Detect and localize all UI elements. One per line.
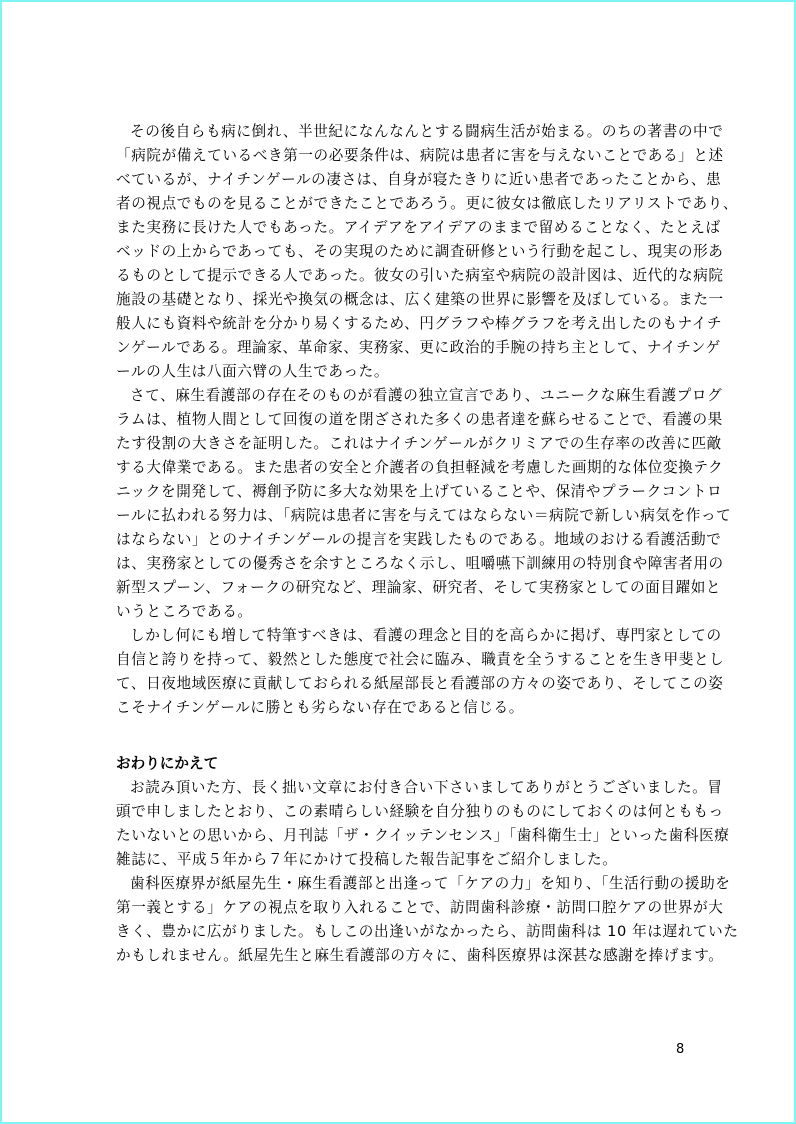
text-line: こそナイチンゲールに勝とも劣らない存在であると信じる。 [116,696,686,720]
text-line: 歯科医療界が紙屋先生・麻生看護部と出逢って「ケアの力」を知り、「生活行動の援助を [116,872,686,896]
text-line: 自信と誇りを持って、毅然とした態度で社会に臨み、職責を全うすることを生き甲斐とし [116,648,686,672]
text-line: 施設の基礎となり、採光や換気の概念は、広く建築の世界に影響を及ぼしている。また一 [116,288,686,312]
paragraph-conclusion: しかし何にも増して特筆すべきは、看護の理念と目的を高らかに掲げ、専門家としての … [116,624,686,720]
text-line: ベッドの上からであっても、その実現のために調査研修という行動を起こし、現実の形あ [116,240,686,264]
text-line: ールの人生は八面六臂の人生であった。 [116,360,686,384]
text-line: お読み頂いた方、長く拙い文章にお付き合い下さいましてありがとうございました。冒 [116,776,686,800]
text-line: しかし何にも増して特筆すべきは、看護の理念と目的を高らかに掲げ、専門家としての [116,624,686,648]
text-line: また実務に長けた人でもあった。アイデアをアイデアのままで留めることなく、たとえば [116,216,686,240]
text-line: ンゲールである。理論家、革命家、実務家、更に政治的手腕の持ち主として、ナイチンゲ [116,336,686,360]
text-line: 般人にも資料や統計を分かり易くするため、円グラフや棒グラフを考え出したのもナイチ [116,312,686,336]
document-page: その後自らも病に倒れ、半世紀になんなんとする闘病生活が始まる。のちの著書の中で … [0,0,796,1124]
text-line: たす役割の大きさを証明した。これはナイチンゲールがクリミアでの生存率の改善に匹敵 [116,432,686,456]
text-line: 頭で申しましたとおり、この素晴らしい経験を自分独りのものにしておくのは何とももっ [116,800,686,824]
text-line: は、実務家としての優秀さを余すところなく示し、咀嚼嚥下訓練用の特別食や障害者用の [116,552,686,576]
text-line: 新型スプーン、フォークの研究など、理論家、研究者、そして実務家としての面目躍如と [116,576,686,600]
section-heading: おわりにかえて [116,752,686,776]
text-line: るものとして提示できる人であった。彼女の引いた病室や病院の設計図は、近代的な病院 [116,264,686,288]
text-line: ラムは、植物人間として回復の道を閉ざされた多くの患者達を蘇らせることで、看護の果 [116,408,686,432]
paragraph-dental-care: 歯科医療界が紙屋先生・麻生看護部と出逢って「ケアの力」を知り、「生活行動の援助を… [116,872,686,968]
page-content: その後自らも病に倒れ、半世紀になんなんとする闘病生活が始まる。のちの著書の中で … [116,120,686,968]
text-line: きく、豊かに広がりました。もしこの出逢いがなかったら、訪問歯科は 10 年は遅れ… [116,920,686,944]
text-line: 第一義とする」ケアの視点を取り入れることで、訪問歯科診療・訪問口腔ケアの世界が大 [116,896,686,920]
text-line: て、日夜地域医療に貢献しておられる紙屋部長と看護部の方々の姿であり、そしてこの姿 [116,672,686,696]
text-line: さて、麻生看護部の存在そのものが看護の独立宣言であり、ユニークな麻生看護プログ [116,384,686,408]
text-line: いうところである。 [116,600,686,624]
text-line: ールに払われる努力は、「病院は患者に害を与えてはならない＝病院で新しい病気を作っ… [116,504,686,528]
text-line: 「病院が備えているべき第一の必要条件は、病院は患者に害を与えないことである」と述 [116,144,686,168]
text-line: 雑誌に、平成５年から７年にかけて投稿した報告記事をご紹介しました。 [116,848,686,872]
paragraph-thanks: お読み頂いた方、長く拙い文章にお付き合い下さいましてありがとうございました。冒 … [116,776,686,872]
text-line: 者の視点でものを見ることができたことであろう。更に彼女は徹底したリアリストであり… [116,192,686,216]
text-line: する大偉業である。また患者の安全と介護者の負担軽減を考慮した画期的な体位変換テク [116,456,686,480]
text-line: かもしれません。紙屋先生と麻生看護部の方々に、歯科医療界は深甚な感謝を捧げます。 [116,944,686,968]
paragraph-nightingale-life: その後自らも病に倒れ、半世紀になんなんとする闘病生活が始まる。のちの著書の中で … [116,120,686,384]
text-line: たいないとの思いから、月刊誌「ザ・クイッテンセンス」「歯科衛生士」といった歯科医… [116,824,686,848]
blank-line [116,720,686,744]
text-line: はならない」とのナイチンゲールの提言を実践したものである。地域のおける看護活動で [116,528,686,552]
text-line: べているが、ナイチンゲールの凄さは、自身が寝たきりに近い患者であったことから、患 [116,168,686,192]
paragraph-aso-nursing: さて、麻生看護部の存在そのものが看護の独立宣言であり、ユニークな麻生看護プログ … [116,384,686,624]
page-number: 8 [676,1042,684,1057]
text-line: ニックを開発して、褥創予防に多大な効果を上げていることや、保清やプラークコントロ [116,480,686,504]
text-line: その後自らも病に倒れ、半世紀になんなんとする闘病生活が始まる。のちの著書の中で [116,120,686,144]
